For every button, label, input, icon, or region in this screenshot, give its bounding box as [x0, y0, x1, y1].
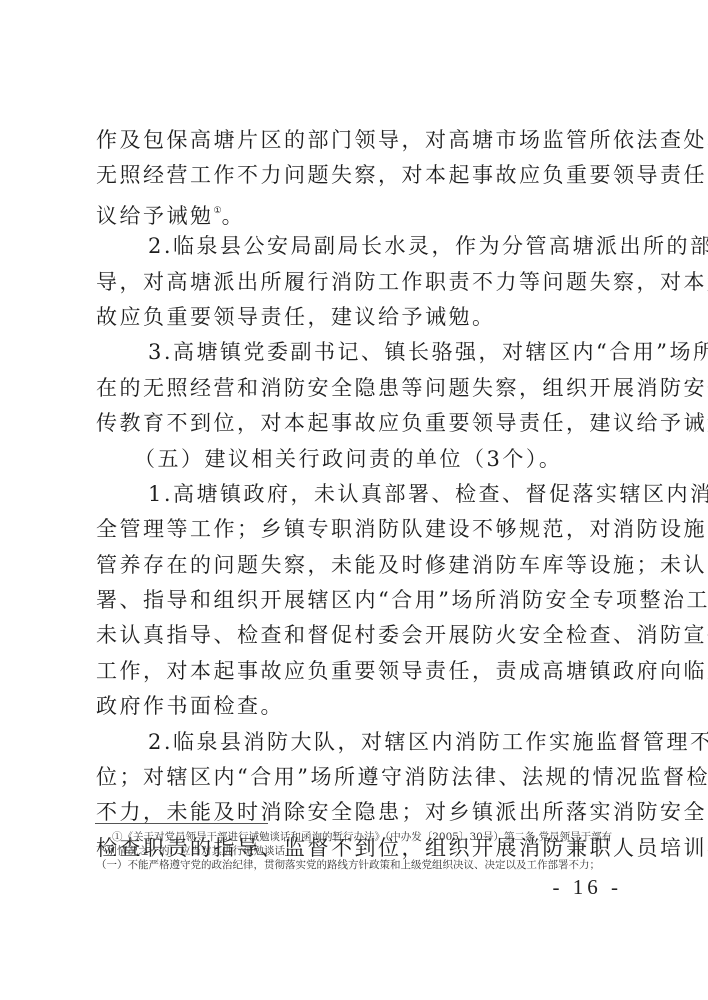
- text-line: 署、指导和组织开展辖区内“合用”场所消防安全专项整治工作；: [96, 583, 622, 618]
- text-line: 在的无照经营和消防安全隐患等问题失察，组织开展消防安全宣: [96, 371, 622, 406]
- text-line: 全管理等工作；乡镇专职消防队建设不够规范，对消防设施维护: [96, 512, 622, 547]
- footnote-line: 下列情况之一的，应当对其进行诫勉谈话：: [96, 844, 622, 858]
- text-line: 传教育不到位，对本起事故应负重要领导责任，建议给予诫勉。: [96, 406, 622, 441]
- text-line: 2.临泉县公安局副局长水灵，作为分管高塘派出所的部门领: [96, 229, 622, 264]
- text-line: 3.高塘镇党委副书记、镇长骆强，对辖区内“合用”场所存: [96, 335, 622, 370]
- text-line: 无照经营工作不力问题失察，对本起事故应负重要领导责任，建: [96, 158, 622, 193]
- text-segment: 议给予诫勉: [96, 204, 214, 228]
- page-number: - 16 -: [553, 875, 623, 900]
- text-line: 议给予诫勉①。: [96, 194, 622, 229]
- document-page: 作及包保高塘片区的部门领导，对高塘市场监管所依法查处取缔 无照经营工作不力问题失…: [0, 0, 708, 1000]
- text-segment: 。: [222, 204, 246, 228]
- text-line: 政府作书面检查。: [96, 689, 622, 724]
- text-line: 作及包保高塘片区的部门领导，对高塘市场监管所依法查处取缔: [96, 123, 622, 158]
- text-line: 1.高塘镇政府，未认真部署、检查、督促落实辖区内消防安: [96, 477, 622, 512]
- text-line: 工作，对本起事故应负重要领导责任，责成高塘镇政府向临泉县: [96, 654, 622, 689]
- text-line: 位；对辖区内“合用”场所遵守消防法律、法规的情况监督检查: [96, 760, 622, 795]
- body-text: 作及包保高塘片区的部门领导，对高塘市场监管所依法查处取缔 无照经营工作不力问题失…: [96, 123, 622, 866]
- text-line: 导，对高塘派出所履行消防工作职责不力等问题失察，对本起事: [96, 265, 622, 300]
- text-line: 故应负重要领导责任，建议给予诫勉。: [96, 300, 622, 335]
- text-line: 不力，未能及时消除安全隐患；对乡镇派出所落实消防安全监督: [96, 795, 622, 830]
- text-line: 未认真指导、检查和督促村委会开展防火安全检查、消防宣传等: [96, 618, 622, 653]
- footnote-reference[interactable]: ①: [214, 206, 222, 216]
- section-heading: （五）建议相关行政问责的单位（3个）。: [96, 442, 622, 477]
- footnote-line: ①《关于对党员领导干部进行诫勉谈话和函询的暂行办法》（中办发〔2005〕30号）…: [96, 830, 622, 844]
- footnote-block: ①《关于对党员领导干部进行诫勉谈话和函询的暂行办法》（中办发〔2005〕30号）…: [96, 830, 622, 872]
- footnote-divider: [95, 823, 268, 824]
- footnote-line: （一）不能严格遵守党的政治纪律，贯彻落实党的路线方针政策和上级党组织决议、决定以…: [96, 858, 622, 872]
- text-line: 2.临泉县消防大队，对辖区内消防工作实施监督管理不到: [96, 725, 622, 760]
- text-line: 管养存在的问题失察，未能及时修建消防车库等设施；未认真部: [96, 548, 622, 583]
